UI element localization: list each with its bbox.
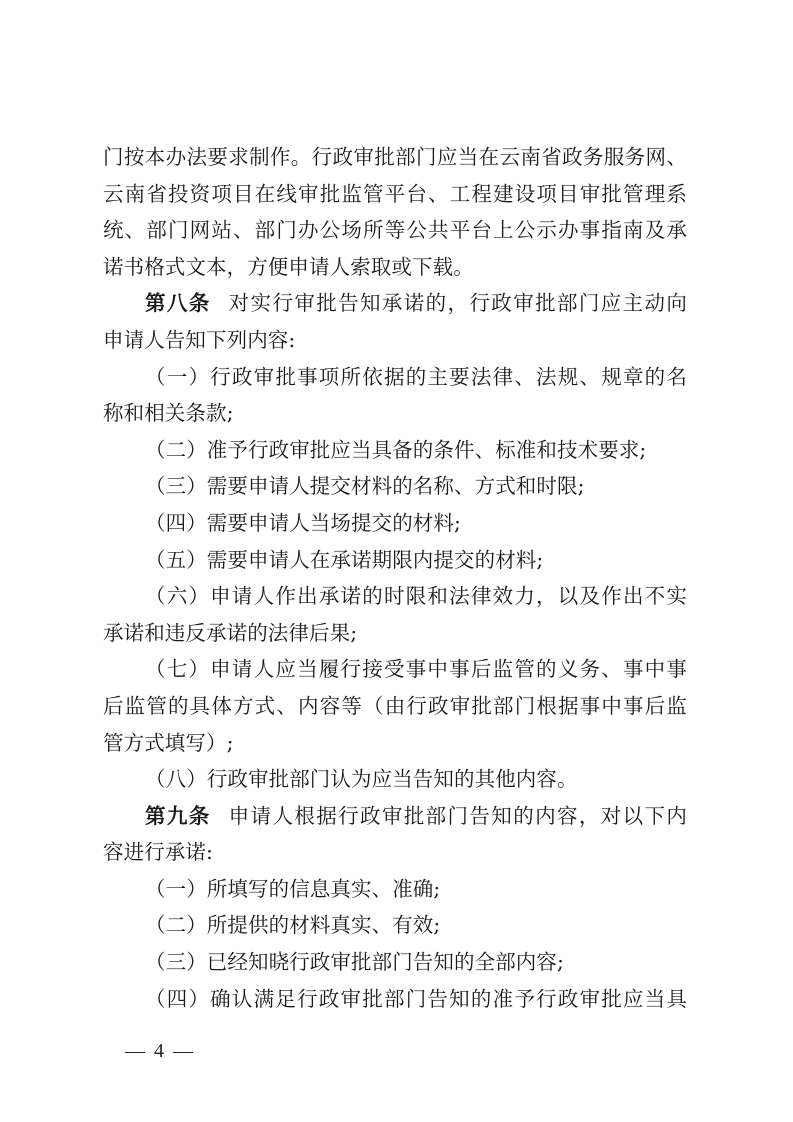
- article-8-item-2: （二）准予行政审批应当具备的条件、标准和技术要求;: [103, 432, 687, 469]
- article-8-item-8: （八）行政审批部门认为应当告知的其他内容。: [103, 761, 687, 798]
- article-8-intro-continued: 申请人告知下列内容:: [103, 322, 687, 359]
- article-8-item-3: （三）需要申请人提交材料的名称、方式和时限;: [103, 468, 687, 505]
- article-8-item-7: （七）申请人应当履行接受事中事后监管的义务、事中事: [103, 651, 687, 688]
- paragraph-line: 门按本办法要求制作。行政审批部门应当在云南省政务服务网、: [103, 139, 687, 176]
- article-9-intro: 申请人根据行政审批部门告知的内容，对以下内: [229, 804, 687, 828]
- article-8-item-4: （四）需要申请人当场提交的材料;: [103, 505, 687, 542]
- article-9-intro-continued: 容进行承诺:: [103, 834, 687, 871]
- article-8-item-6-continued: 承诺和违反承诺的法律后果;: [103, 615, 687, 652]
- article-8-item-1-continued: 称和相关条款;: [103, 395, 687, 432]
- article-8-heading-line: 第八条对实行审批告知承诺的，行政审批部门应主动向: [103, 285, 687, 322]
- paragraph-line: 云南省投资项目在线审批监管平台、工程建设项目审批管理系: [103, 176, 687, 213]
- article-9-item-4: （四）确认满足行政审批部门告知的准予行政审批应当具: [103, 981, 687, 1018]
- article-8-item-5: （五）需要申请人在承诺期限内提交的材料;: [103, 542, 687, 579]
- article-8-item-7-continued: 后监管的具体方式、内容等（由行政审批部门根据事中事后监: [103, 688, 687, 725]
- article-9-heading-line: 第九条申请人根据行政审批部门告知的内容，对以下内: [103, 798, 687, 835]
- article-8-label: 第八条: [145, 291, 211, 315]
- paragraph-line: 诺书格式文本，方便申请人索取或下载。: [103, 249, 687, 286]
- article-8-intro: 对实行审批告知承诺的，行政审批部门应主动向: [229, 291, 687, 315]
- page-number: — 4 —: [125, 1040, 195, 1063]
- paragraph-line: 统、部门网站、部门办公场所等公共平台上公示办事指南及承: [103, 212, 687, 249]
- article-9-item-3: （三）已经知晓行政审批部门告知的全部内容;: [103, 944, 687, 981]
- document-page: 门按本办法要求制作。行政审批部门应当在云南省政务服务网、 云南省投资项目在线审批…: [103, 139, 687, 1017]
- article-9-item-1: （一）所填写的信息真实、准确;: [103, 871, 687, 908]
- article-9-label: 第九条: [145, 804, 211, 828]
- article-8-item-7-continued-2: 管方式填写）;: [103, 725, 687, 762]
- article-8-item-1: （一）行政审批事项所依据的主要法律、法规、规章的名: [103, 359, 687, 396]
- article-9-item-2: （二）所提供的材料真实、有效;: [103, 907, 687, 944]
- article-8-item-6: （六）申请人作出承诺的时限和法律效力，以及作出不实: [103, 578, 687, 615]
